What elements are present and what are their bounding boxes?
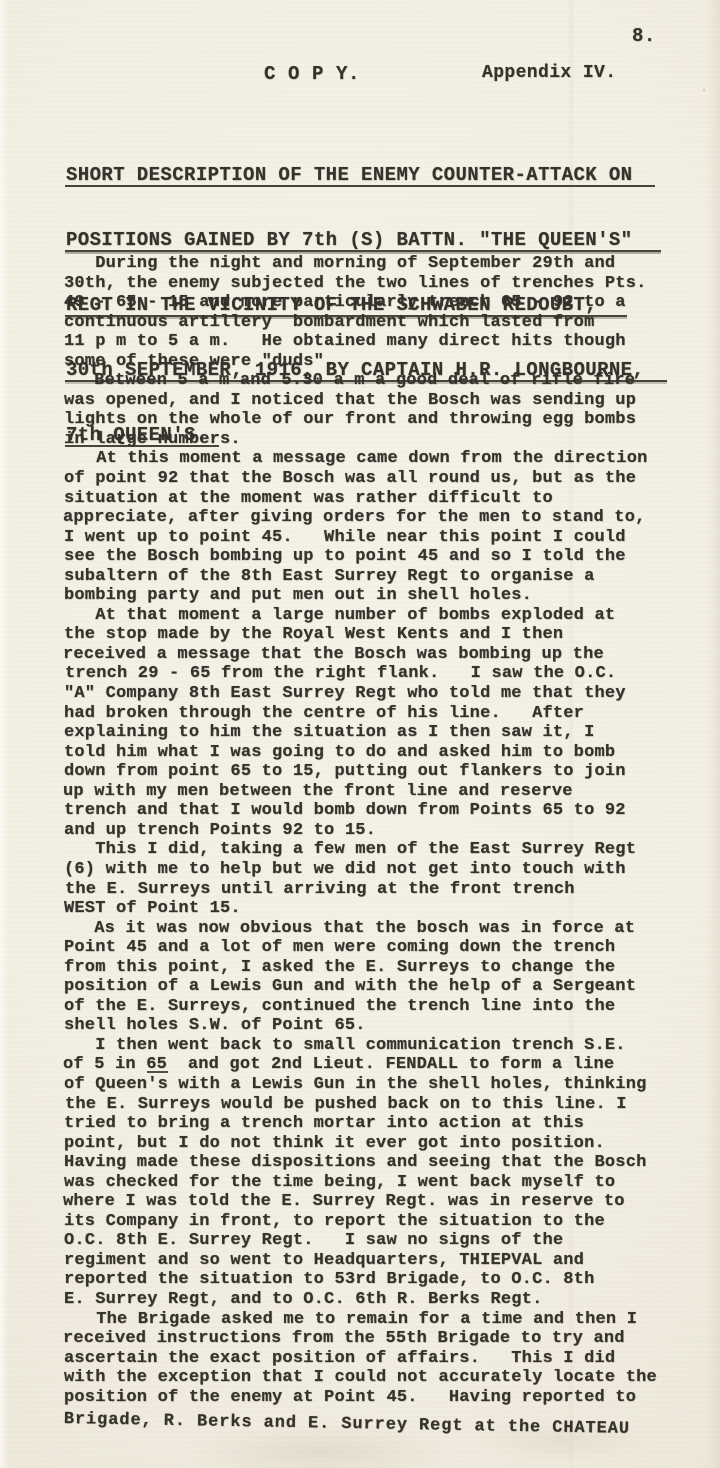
text-line: told him what I was going to do and aske… [64, 743, 692, 763]
text-line: received a message that the Bosch was bo… [63, 645, 691, 665]
text-line: Point 45 and a lot of men were coming do… [64, 938, 692, 958]
text-line: During the night and morning of Septembe… [64, 254, 692, 274]
body-text: During the night and morning of Septembe… [64, 254, 692, 1427]
text-line: The Brigade asked me to remain for a tim… [65, 1310, 693, 1330]
text-line: trench and that I would bomb down from P… [64, 801, 692, 821]
text-line: in large numbers. [64, 430, 692, 450]
text-line: WEST of Point 15. [64, 899, 692, 919]
text-line: the E. Surreys would be pushed back on t… [65, 1095, 693, 1115]
text-line: see the Bosch bombing up to point 45 and… [64, 547, 692, 567]
text-line: subaltern of the 8th East Surrey Regt to… [64, 567, 692, 587]
text-line: At that moment a large number of bombs e… [64, 606, 692, 626]
text-line: up with my men between the front line an… [63, 782, 691, 802]
appendix-label: Appendix IV. [482, 63, 616, 83]
text-line: Having made these dispositions and seein… [64, 1153, 692, 1173]
text-line: This I did, taking a few men of the East… [64, 840, 692, 860]
text-line: from this point, I asked the E. Surreys … [64, 958, 692, 978]
text-line: some of these were "duds". [64, 352, 692, 372]
text-line: position of a Lewis Gun and with the hel… [64, 977, 692, 997]
text-line: position of the enemy at Point 45. Havin… [64, 1388, 692, 1408]
text-line: explaining to him the situation as I the… [64, 723, 692, 743]
text-line: appreciate, after giving orders for the … [63, 508, 691, 528]
text-line: 30th, the enemy subjected the two lines … [64, 274, 692, 294]
text-line: 11 p m to 5 a m. He obtained many direct… [64, 332, 692, 352]
text-line: lights on the whole of our front and thr… [64, 410, 692, 430]
title-line: SHORT DESCRIPTION OF THE ENEMY COUNTER-A… [66, 165, 666, 186]
text-line: received instructions from the 55th Brig… [63, 1329, 691, 1349]
underline-65-mark [147, 1071, 168, 1073]
title-line: POSITIONS GAINED BY 7th (S) BATTN. "THE … [66, 230, 666, 251]
text-line: At this moment a message came down from … [65, 449, 693, 469]
text-line: the stop made by the Royal West Kents an… [64, 625, 692, 645]
text-line: was checked for the time being, I went b… [64, 1173, 692, 1193]
text-line: (6) with me to help but we did not get i… [64, 860, 692, 880]
text-line: bombing party and put men out in shell h… [64, 586, 692, 606]
text-line: tried to bring a trench mortar into acti… [64, 1114, 692, 1134]
text-line: regiment and so went to Headquarters, TH… [64, 1251, 692, 1271]
text-line: As it was now obvious that the bosch was… [63, 919, 691, 939]
text-line: 49 - 65 - 15 and more particularly trenc… [64, 293, 692, 313]
text-line: was opened, and I noticed that the Bosch… [64, 391, 692, 411]
text-line: Brigade, R. Berks and E. Surrey Regt at … [64, 1410, 692, 1441]
text-line: reported the situation to 53rd Brigade, … [64, 1270, 692, 1290]
text-line: E. Surrey Regt, and to O.C. 6th R. Berks… [64, 1290, 692, 1310]
text-line: had broken through the centre of his lin… [64, 704, 692, 724]
text-line: point, but I do not think it ever got in… [64, 1134, 692, 1154]
text-line: with the exception that I could not accu… [64, 1368, 692, 1388]
text-line: down from point 65 to 15, putting out fl… [64, 762, 692, 782]
text-line: continuous artillery bombardment which l… [64, 313, 692, 333]
text-line: where I was told the E. Surrey Regt. was… [63, 1192, 691, 1212]
page-number: 8. [632, 25, 656, 47]
text-line: and up trench Points 92 to 15. [64, 821, 692, 841]
text-line: shell holes S.W. of Point 65. [64, 1016, 692, 1036]
text-line: trench 29 - 65 from the right flank. I s… [65, 664, 693, 684]
text-line: ascertain the exact position of affairs.… [64, 1349, 692, 1369]
text-line: I then went back to small communication … [64, 1036, 692, 1056]
text-line: its Company in front, to report the situ… [64, 1212, 692, 1232]
text-line: the E. Surreys until arriving at the fro… [65, 880, 693, 900]
scanned-document-page: 8. C O P Y. Appendix IV. SHORT DESCRIPTI… [0, 0, 720, 1468]
text-line: "A" Company 8th East Surrey Regt who tol… [64, 684, 692, 704]
text-line: of the E. Surreys, continued the trench … [64, 997, 692, 1017]
text-line: Between 5 a m and 5.30 a m a good deal o… [63, 371, 691, 391]
text-line: O.C. 8th E. Surrey Regt. I saw no signs … [64, 1231, 692, 1251]
copy-label: C O P Y. [264, 63, 360, 85]
text-line: situation at the moment was rather diffi… [64, 489, 692, 509]
text-line: I went up to point 45. While near this p… [64, 528, 692, 548]
text-line: of Queen's with a Lewis Gun in the shell… [64, 1075, 692, 1095]
text-line: of point 92 that the Bosch was all round… [64, 469, 692, 489]
